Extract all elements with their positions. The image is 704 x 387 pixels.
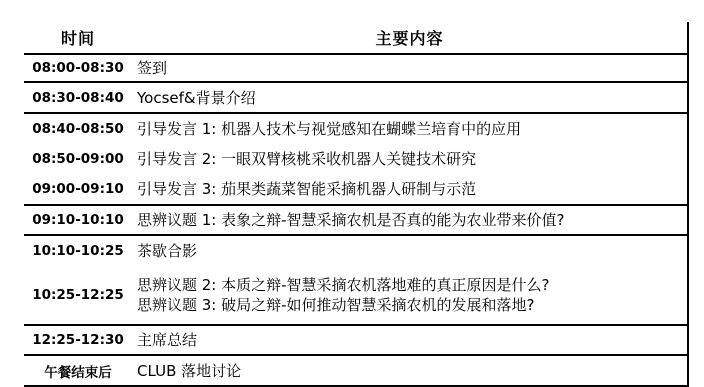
table-group: 08:00-08:30签到 <box>24 55 687 83</box>
table-group: 12:25-12:30主席总结 <box>24 326 687 356</box>
content-cell: Yocsef&背景介绍 <box>132 88 687 108</box>
content-cell: 思辨议题 2: 本质之辩-智慧采摘农机落地难的真正原因是什么?思辨议题 3: 破… <box>132 275 687 315</box>
content-cell: 签到 <box>132 58 687 78</box>
table-group: 午餐结束后CLUB 落地讨论 <box>24 356 687 387</box>
content-cell: 茶歇合影 <box>132 241 687 261</box>
content-cell: 引导发言 1: 机器人技术与视觉感知在蝴蝶兰培育中的应用 <box>132 119 687 139</box>
table-group: 08:30-08:40Yocsef&背景介绍 <box>24 83 687 114</box>
content-line: 思辨议题 2: 本质之辩-智慧采摘农机落地难的真正原因是什么? <box>137 275 687 295</box>
time-cell: 09:00-09:10 <box>24 181 132 197</box>
content-cell: 引导发言 3: 茄果类蔬菜智能采摘机器人研制与示范 <box>132 179 687 199</box>
content-line: 思辨议题 1: 表象之辩-智慧采摘农机是否真的能为农业带来价值? <box>137 210 687 230</box>
table-row: 午餐结束后CLUB 落地讨论 <box>24 356 687 385</box>
table-group: 09:10-10:10思辨议题 1: 表象之辩-智慧采摘农机是否真的能为农业带来… <box>24 206 687 236</box>
content-line: 引导发言 2: 一眼双臂核桃采收机器人关键技术研究 <box>137 149 687 169</box>
table-row: 08:00-08:30签到 <box>24 55 687 81</box>
table-row: 08:30-08:40Yocsef&背景介绍 <box>24 83 687 112</box>
time-cell: 午餐结束后 <box>24 361 132 381</box>
table-row: 10:25-12:25思辨议题 2: 本质之辩-智慧采摘农机落地难的真正原因是什… <box>24 265 687 324</box>
content-line: 签到 <box>137 58 687 78</box>
content-line: 引导发言 1: 机器人技术与视觉感知在蝴蝶兰培育中的应用 <box>137 119 687 139</box>
table-row: 09:10-10:10思辨议题 1: 表象之辩-智慧采摘农机是否真的能为农业带来… <box>24 206 687 234</box>
time-cell: 08:50-09:00 <box>24 151 132 167</box>
content-column-header: 主要内容 <box>132 26 687 49</box>
time-cell: 10:25-12:25 <box>24 287 132 303</box>
table-group: 10:10-10:25茶歇合影10:25-12:25思辨议题 2: 本质之辩-智… <box>24 236 687 326</box>
time-cell: 10:10-10:25 <box>24 243 132 259</box>
table-row: 12:25-12:30主席总结 <box>24 326 687 354</box>
table-row: 08:40-08:50引导发言 1: 机器人技术与视觉感知在蝴蝶兰培育中的应用 <box>24 114 687 144</box>
content-line: 思辨议题 3: 破局之辩-如何推动智慧采摘农机的发展和落地? <box>137 295 687 315</box>
table-row: 10:10-10:25茶歇合影 <box>24 236 687 265</box>
schedule-table: 时间 主要内容 08:00-08:30签到08:30-08:40Yocsef&背… <box>24 22 689 387</box>
table-group: 08:40-08:50引导发言 1: 机器人技术与视觉感知在蝴蝶兰培育中的应用0… <box>24 114 687 206</box>
content-cell: 引导发言 2: 一眼双臂核桃采收机器人关键技术研究 <box>132 149 687 169</box>
content-line: 引导发言 3: 茄果类蔬菜智能采摘机器人研制与示范 <box>137 179 687 199</box>
content-line: CLUB 落地讨论 <box>137 361 687 381</box>
time-cell: 08:30-08:40 <box>24 90 132 106</box>
table-row: 08:50-09:00引导发言 2: 一眼双臂核桃采收机器人关键技术研究 <box>24 144 687 174</box>
time-cell: 08:40-08:50 <box>24 121 132 137</box>
time-cell: 12:25-12:30 <box>24 332 132 348</box>
content-line: 茶歇合影 <box>137 241 687 261</box>
table-body: 08:00-08:30签到08:30-08:40Yocsef&背景介绍08:40… <box>24 55 687 387</box>
content-cell: CLUB 落地讨论 <box>132 361 687 381</box>
content-cell: 主席总结 <box>132 330 687 350</box>
content-line: Yocsef&背景介绍 <box>137 88 687 108</box>
content-line: 主席总结 <box>137 330 687 350</box>
content-cell: 思辨议题 1: 表象之辩-智慧采摘农机是否真的能为农业带来价值? <box>132 210 687 230</box>
table-header-row: 时间 主要内容 <box>24 22 687 55</box>
table-row: 09:00-09:10引导发言 3: 茄果类蔬菜智能采摘机器人研制与示范 <box>24 174 687 204</box>
time-cell: 09:10-10:10 <box>24 212 132 228</box>
time-column-header: 时间 <box>24 26 132 49</box>
time-cell: 08:00-08:30 <box>24 60 132 76</box>
